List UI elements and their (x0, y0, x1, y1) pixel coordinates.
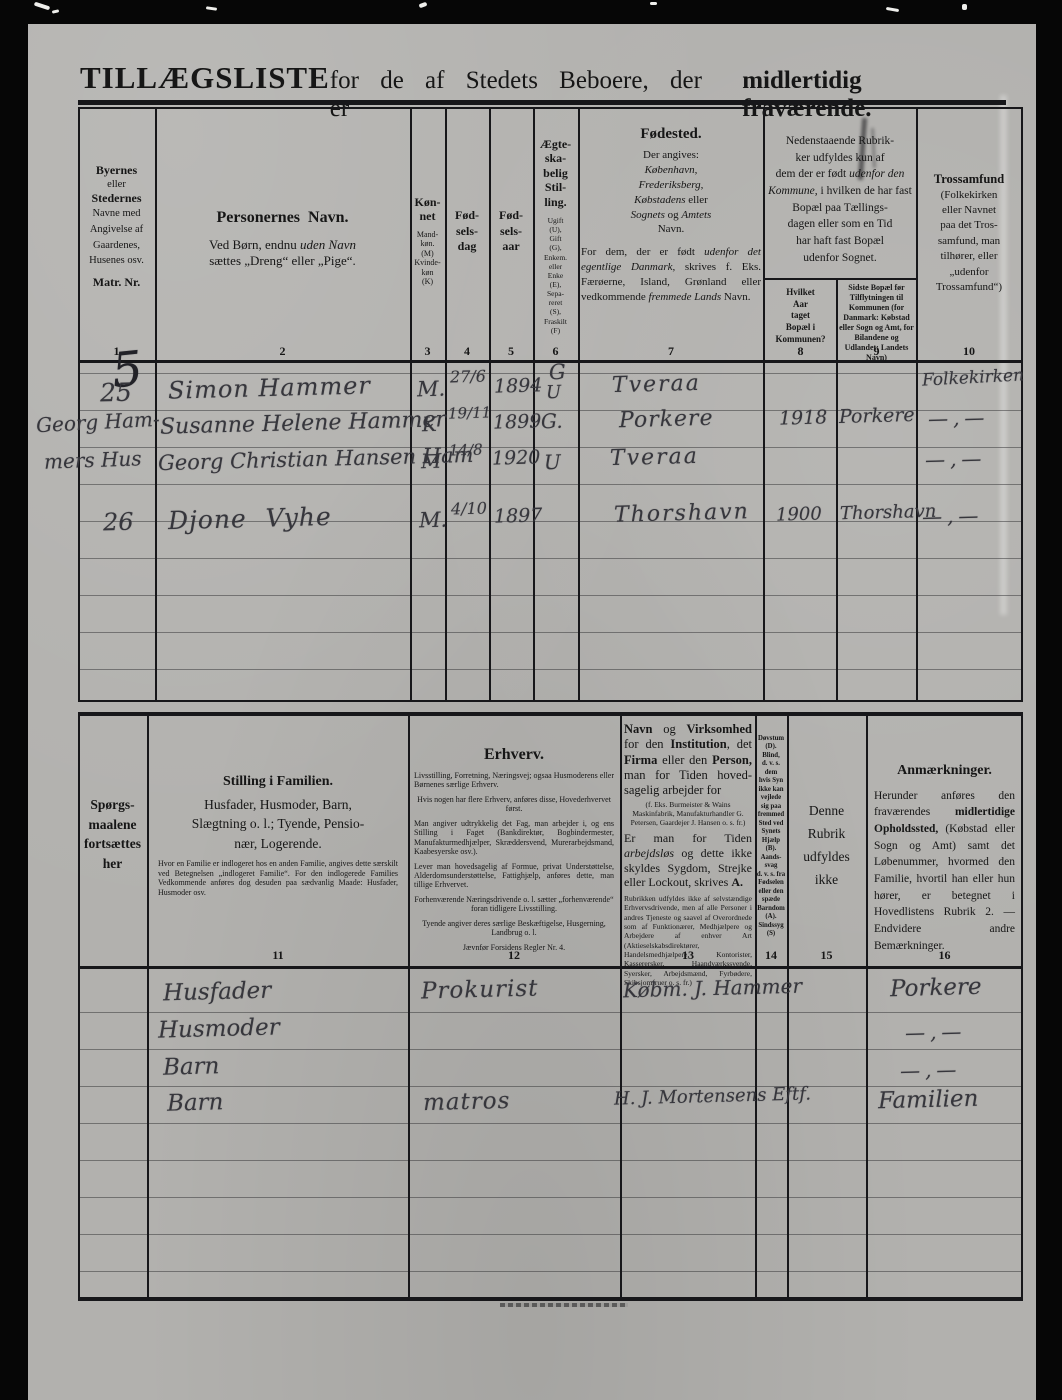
handwriting-ditto: —‚— (922, 503, 984, 529)
handwriting-remark: Familien (878, 1086, 979, 1115)
col11-number: 11 (150, 948, 406, 963)
handwriting-birthday: 4/10 (451, 499, 487, 519)
handwriting-ditto: —‚— (900, 1057, 962, 1083)
grid-line-h (78, 712, 1023, 716)
handwriting-ditto: —‚— (905, 1019, 967, 1045)
ruled-line (80, 669, 1021, 670)
col12-number: 12 (414, 948, 614, 963)
handwriting-sex: M. (417, 377, 446, 402)
scan-artifact (962, 4, 967, 10)
handwriting-ditto: —‚— (928, 405, 990, 431)
col8-number: 8 (766, 344, 835, 359)
handwriting-sex: K (422, 412, 438, 436)
ruled-line (80, 1160, 1021, 1161)
scan-artifact (886, 7, 899, 12)
handwriting-name: Simon Hammer (168, 371, 372, 404)
ruled-line (80, 558, 1021, 559)
handwriting-marital: G (549, 360, 566, 384)
handwriting-birthyear: 1894 (494, 374, 543, 397)
handwriting-family-position: Husfader (163, 978, 272, 1007)
col5-number: 5 (490, 344, 532, 359)
grid-line-v (408, 712, 410, 1301)
col8-9-group-header: Nedenstaaende Rubrik- ker udfyldes kun a… (766, 133, 914, 266)
ruled-line (80, 1271, 1021, 1272)
col4-number: 4 (446, 344, 488, 359)
handwriting-birthyear: 1920 (492, 446, 541, 469)
ruled-line (80, 1234, 1021, 1235)
grid-line-v (866, 712, 868, 1301)
handwriting-ditto: —‚— (925, 446, 987, 472)
grid-line-v (620, 712, 622, 1301)
grid-line-v (578, 107, 580, 702)
col16-header: Anmærkninger. Herunder anføres den fravæ… (874, 762, 1015, 954)
col14-number: 14 (756, 948, 786, 963)
handwriting-birthyear: 1899 (493, 410, 542, 433)
scan-artifact (34, 2, 50, 11)
handwriting-birthyear: 1897 (494, 504, 543, 527)
col8-header: Hvilket Aar taget Bopæl i Kommunen? (766, 287, 835, 345)
ruled-line (80, 1012, 1021, 1013)
handwriting-family-position: Barn (163, 1053, 220, 1080)
grid-line-v (147, 712, 149, 1301)
handwriting-employer: Købm. J. Hammer (623, 974, 803, 1003)
col7-number: 7 (581, 344, 761, 359)
handwriting-birthday: 27/6 (450, 367, 486, 387)
grid-line-h (78, 700, 1023, 702)
form-title-emphasis: midlertidig fraværende. (742, 67, 1006, 123)
handwriting-marital-overwritten: U (546, 382, 562, 403)
col1-header: Byernes eller Stedernes Navne med Angive… (80, 163, 153, 290)
col6-header-key: Ugift (U), Gift (G), Enkem. eller Enke (… (534, 216, 577, 335)
col4-header: Fød- sels- dag (446, 208, 488, 255)
scan-artifact (650, 2, 657, 5)
col6-header: Ægte- ska- belig Stil- ling. (534, 137, 577, 209)
questions-continue-label: Spørgs- maalene fortsættes her (80, 795, 145, 873)
handwriting-occupation: Prokurist (421, 975, 539, 1004)
col3-header: Køn- net (411, 196, 444, 224)
grid-line-v (1021, 712, 1023, 1301)
col15-number: 15 (789, 948, 864, 963)
handwriting-last-residence: Porkere (839, 404, 915, 428)
handwriting-sex: M. (419, 508, 448, 533)
handwriting-move-year: 1900 (776, 503, 822, 525)
handwriting-family-position: Barn (167, 1089, 224, 1116)
grid-line-h (763, 278, 916, 280)
grid-line-h (78, 1297, 1023, 1301)
grid-line-h (78, 966, 1023, 969)
ruled-line (80, 1123, 1021, 1124)
handwriting-birthplace: Tveraa (612, 371, 701, 398)
col16-number: 16 (874, 948, 1015, 963)
form-title: TILLÆGSLISTE for de af Stedets Beboere, … (80, 60, 1006, 123)
handwriting-birthday: 19/11 (448, 403, 492, 422)
col11-header: Stilling i Familien. Husfader, Husmoder,… (150, 773, 406, 897)
col6-number: 6 (534, 344, 577, 359)
col2-header: Personernes Navn. Ved Børn, endnu uden N… (157, 208, 408, 270)
census-form-scan: { "title": { "t1": "TILLÆGSLISTE", "t2":… (0, 0, 1062, 1400)
col10-header: Trossamfund (Folkekirken eller Navnet pa… (918, 172, 1020, 295)
grid-line-v (763, 107, 765, 702)
col5-header: Fød- sels- aar (490, 208, 532, 255)
ruled-line (80, 1049, 1021, 1050)
handwriting-occupation: matros (423, 1088, 511, 1116)
col2-number: 2 (157, 344, 408, 359)
handwriting-marital: G. (541, 409, 563, 434)
form-title-main: TILLÆGSLISTE (80, 60, 330, 96)
handwriting-birthday: 14/8 (449, 441, 483, 460)
grid-line-v (445, 107, 447, 702)
scan-artifact (419, 2, 428, 8)
col13-number: 13 (624, 948, 752, 963)
ruled-line (80, 1197, 1021, 1198)
handwriting-birthplace: Thorshavn (614, 499, 750, 528)
handwriting-name: Djone Vyhe (168, 502, 332, 535)
col15-header: Denne Rubrik udfyldes ikke (789, 800, 864, 892)
grid-line-v (836, 278, 838, 702)
printer-imprint (500, 1303, 628, 1307)
col9-number: 9 (839, 344, 914, 359)
ruled-line (80, 632, 1021, 633)
handwriting-move-year: 1918 (779, 406, 828, 429)
handwriting-marital: U (544, 450, 561, 474)
ruled-line (80, 484, 1021, 485)
ruled-line (80, 1086, 1021, 1087)
grid-line-h (78, 107, 1023, 109)
scan-artifact (206, 6, 217, 11)
handwriting-family-position: Husmoder (158, 1014, 280, 1043)
handwriting-matr-nr: 25 (100, 378, 133, 408)
col12-header: Erhverv. Livsstilling, Forretning, Nærin… (414, 745, 614, 952)
handwriting-birthplace: Porkere (619, 406, 714, 433)
form-title-middle: for de af Stedets Beboere, der er (330, 67, 742, 123)
scan-artifact (52, 9, 59, 13)
col3-number: 3 (411, 344, 444, 359)
ruled-line (80, 595, 1021, 596)
col3-header-key: Mand- køn. (M) Kvinde- køn (K) (411, 230, 444, 287)
col14-header: Døvstum (D). Blind, d. v. s. dem hvis Sy… (756, 735, 786, 939)
handwriting-birthplace: Tveraa (610, 444, 699, 471)
title-rule (78, 100, 1006, 105)
handwriting-matr-nr: mers Hus (44, 446, 142, 473)
col10-number: 10 (918, 344, 1020, 359)
handwriting-remark: Porkere (890, 974, 982, 1002)
handwriting-sex: M (421, 449, 442, 474)
handwriting-matr-nr: 26 (103, 508, 134, 537)
grid-line-v (1021, 107, 1023, 702)
col7-header: Fødested. Der angives: København, Freder… (581, 124, 761, 305)
ruled-line (80, 447, 1021, 448)
grid-line-v (155, 107, 157, 702)
